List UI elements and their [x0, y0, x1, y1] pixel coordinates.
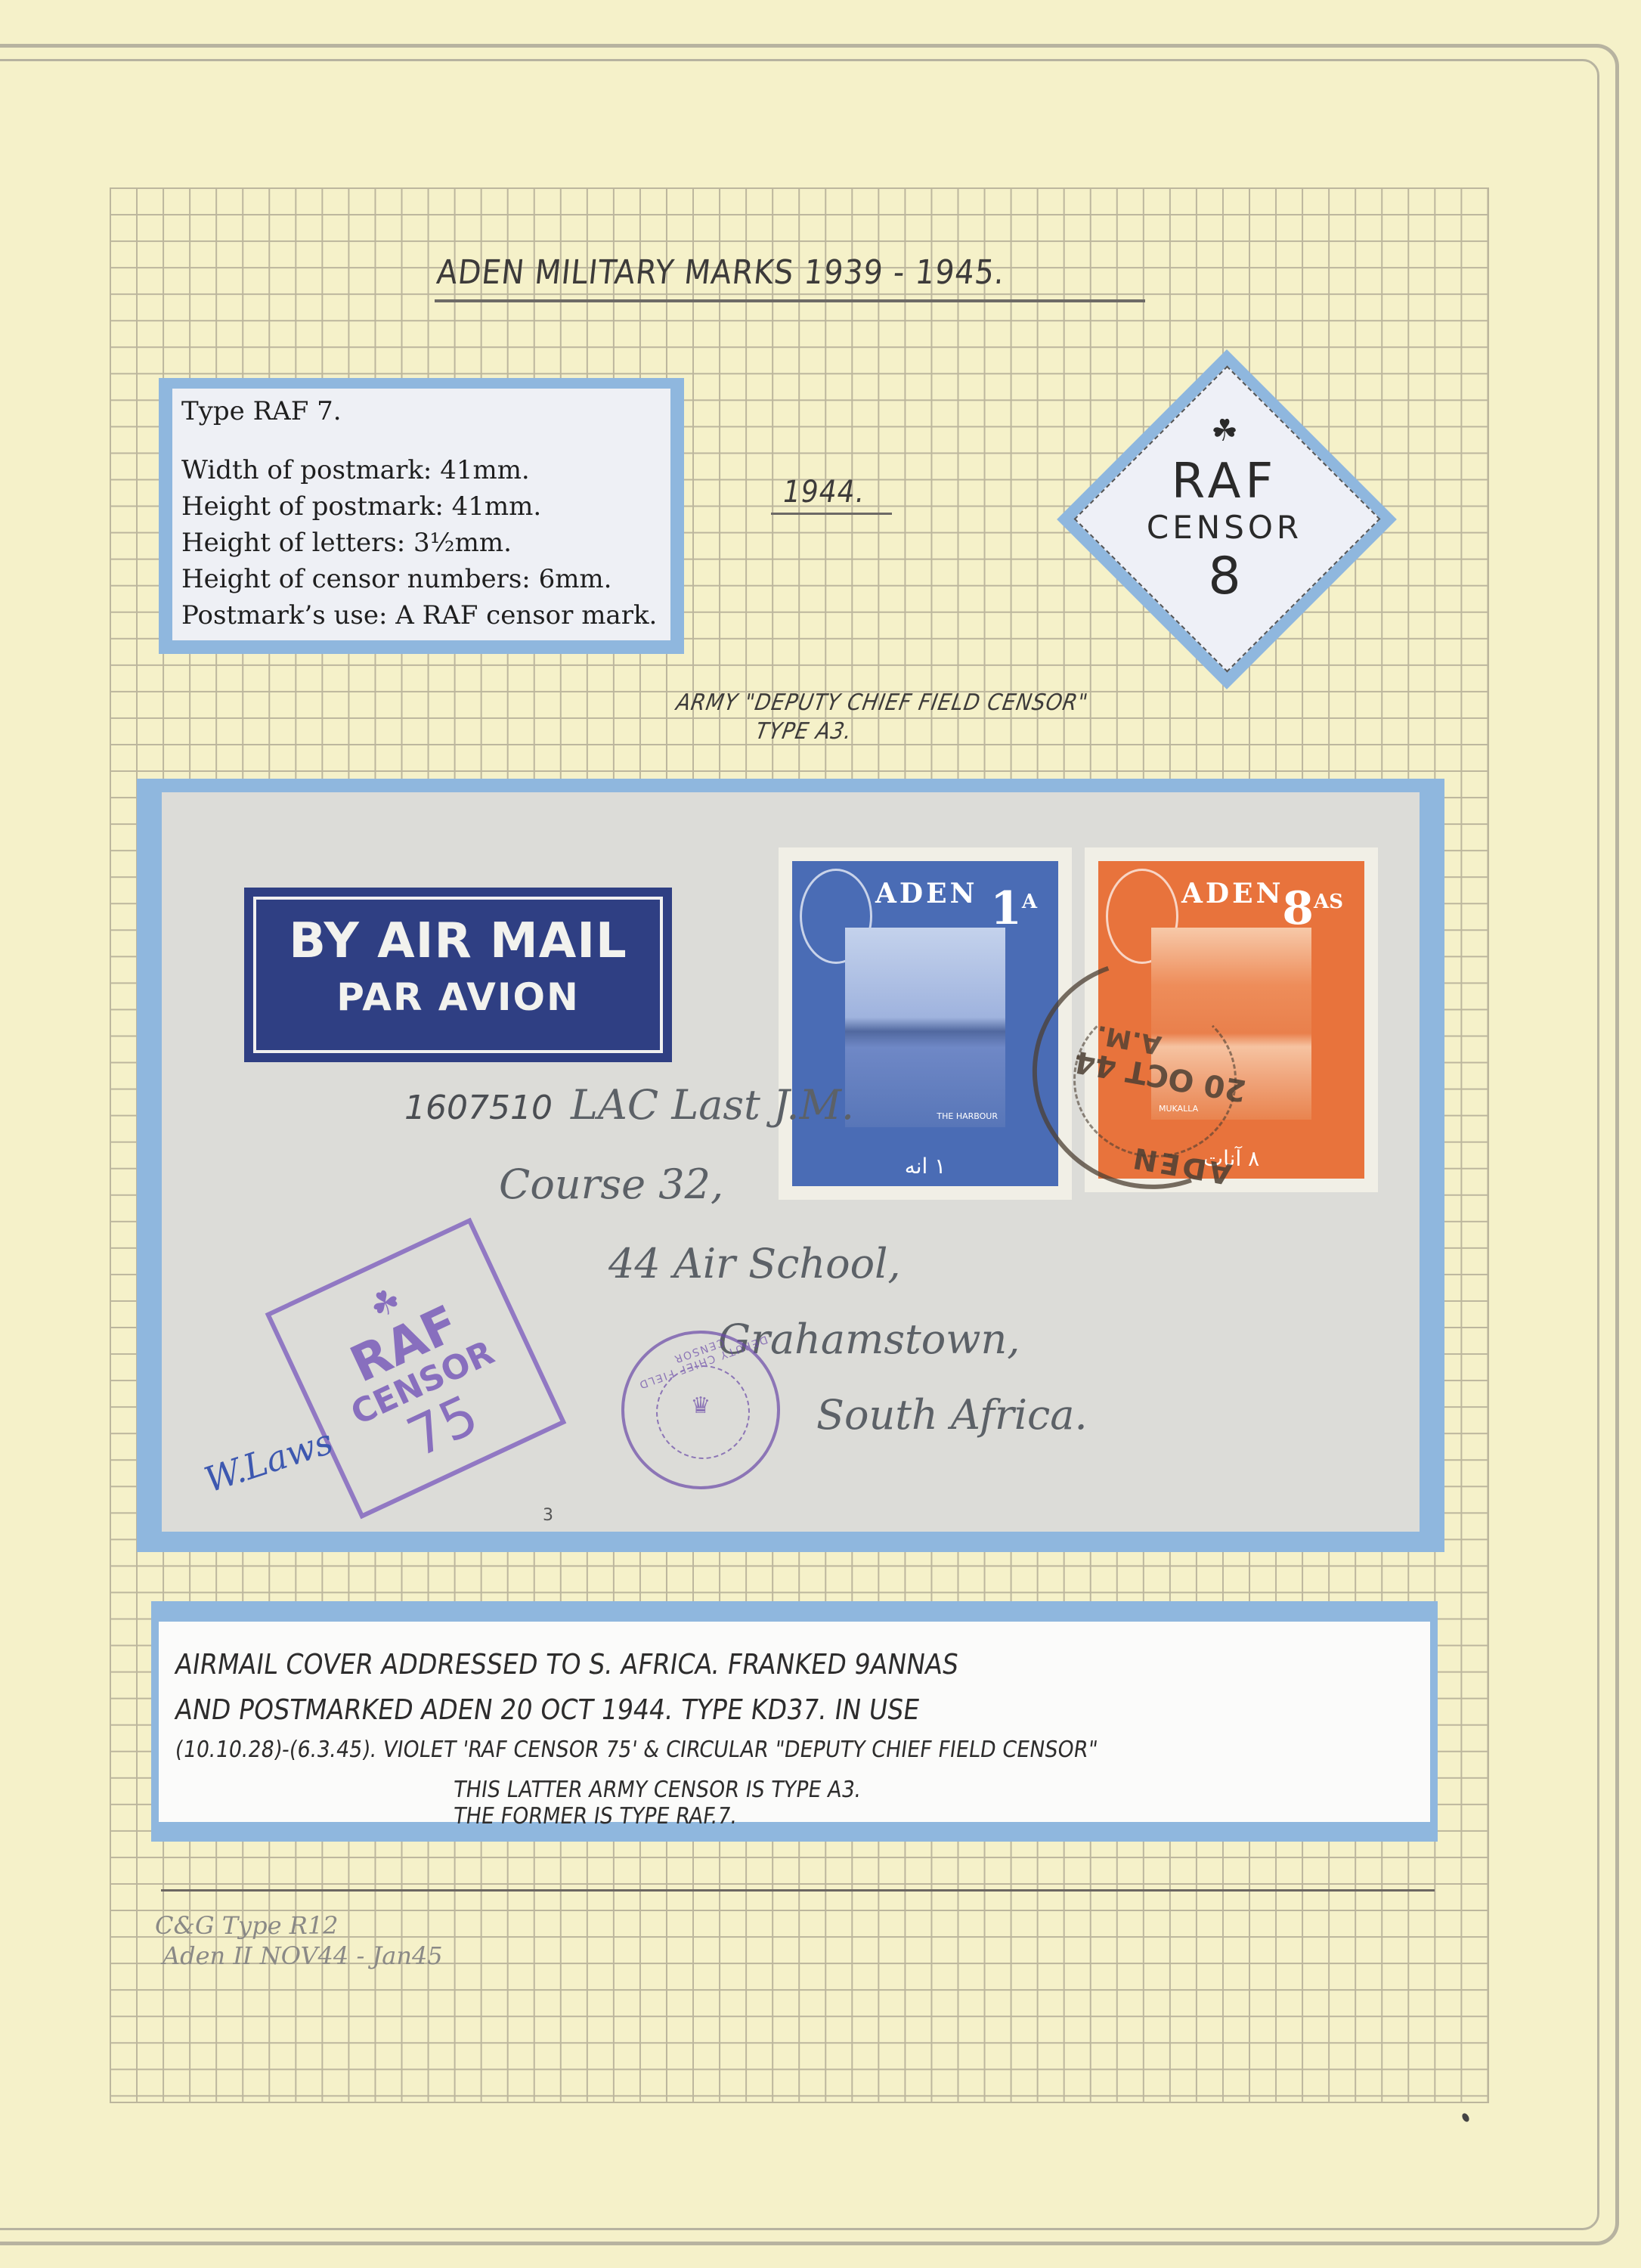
description-line-2: AND POSTMARKED ADEN 20 OCT 1944. TYPE KD… — [173, 1693, 921, 1726]
stamp-native-value: ١ انه — [792, 1154, 1058, 1179]
pencil-note-line-1: C&G Type R12 — [155, 1911, 339, 1940]
censor-8-number: 8 — [1043, 547, 1406, 606]
type-info-height: Height of postmark: 41mm. — [181, 488, 661, 525]
year-heading: 1944. — [783, 475, 865, 510]
type-info-title: Type RAF 7. — [181, 396, 661, 426]
address-line-1: LAC Last J.M. — [571, 1081, 854, 1129]
pencil-note-line-2: Aden II NOV44 - Jan45 — [163, 1941, 443, 1970]
type-info-use: Postmark’s use: A RAF censor mark. — [181, 597, 661, 634]
service-number: 1607510 — [404, 1089, 553, 1127]
type-info-card: Type RAF 7. Width of postmark: 41mm. Hei… — [172, 389, 670, 640]
eagle-icon: ☘ — [1043, 414, 1406, 448]
type-info-letter-height: Height of letters: 3½mm. — [181, 525, 661, 561]
address-line-5: South Africa. — [816, 1391, 1088, 1439]
stamp-value-suffix: A — [1022, 891, 1037, 913]
airmail-label-line2: PAR AVION — [247, 975, 669, 1019]
stamp-frame: ADEN 1A THE HARBOUR ١ انه — [792, 861, 1058, 1186]
stamp-value-suffix: AS — [1314, 891, 1343, 913]
type-info-box: Type RAF 7. Width of postmark: 41mm. Hei… — [159, 378, 684, 654]
army-censor-note: ARMY "DEPUTY CHIEF FIELD CENSOR" — [674, 689, 1090, 716]
deputy-chief-field-censor-stamp: DEPUTY CHIEF FIELD CENSOR ♛ — [621, 1331, 780, 1489]
raf-censor-8-example: ☘ RAF CENSOR 8 — [1043, 344, 1406, 684]
address-line-2: Course 32, — [499, 1160, 723, 1208]
stamp-country: ADEN — [1181, 878, 1284, 909]
censor-8-raf: RAF — [1043, 454, 1406, 510]
stamp-1-anna: ADEN 1A THE HARBOUR ١ انه — [779, 847, 1072, 1200]
description-line-4: THIS LATTER ARMY CENSOR IS TYPE A3. — [452, 1777, 863, 1803]
censor-8-censor: CENSOR — [1043, 509, 1406, 546]
type-info-number-height: Height of censor numbers: 6mm. — [181, 561, 661, 597]
section-separator — [161, 1889, 1435, 1892]
army-censor-type: TYPE A3. — [754, 718, 854, 745]
description-line-5: THE FORMER IS TYPE RAF.7. — [452, 1803, 739, 1830]
type-info-width: Width of postmark: 41mm. — [181, 452, 661, 488]
description-line-1: AIRMAIL COVER ADDRESSED TO S. AFRICA. FR… — [173, 1648, 961, 1681]
title-underline — [435, 299, 1145, 302]
year-underline — [771, 513, 892, 515]
harbour-scene — [845, 928, 1005, 1127]
page-title: ADEN MILITARY MARKS 1939 - 1945. — [435, 253, 1007, 292]
address-line-3: 44 Air School, — [608, 1240, 901, 1287]
description-line-3: (10.10.28)-(6.3.45). VIOLET 'RAF CENSOR … — [174, 1737, 1100, 1763]
cover-corner-number: 3 — [543, 1506, 553, 1525]
airmail-label-line1: BY AIR MAIL — [247, 913, 669, 969]
description-card: AIRMAIL COVER ADDRESSED TO S. AFRICA. FR… — [159, 1622, 1430, 1822]
airmail-label: BY AIR MAIL PAR AVION — [244, 888, 672, 1062]
stamp-caption: THE HARBOUR — [937, 1111, 998, 1121]
stamp-country: ADEN — [875, 878, 978, 909]
description-mount: AIRMAIL COVER ADDRESSED TO S. AFRICA. FR… — [151, 1601, 1438, 1842]
crown-icon: ♛ — [624, 1393, 777, 1419]
